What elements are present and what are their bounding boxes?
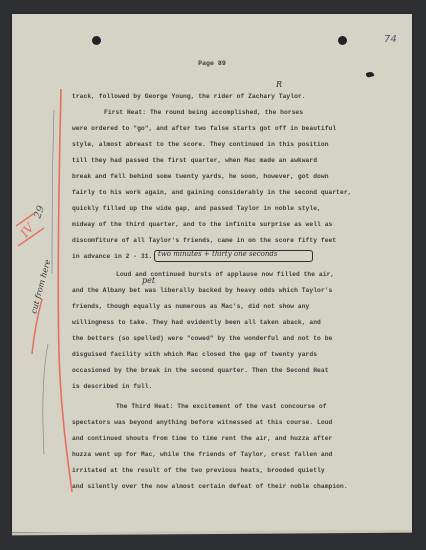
manuscript-page: 74 Page 89 R track, followed by George Y… [12,14,412,532]
margin-markings: IV 29 cut from here [12,14,412,532]
svg-text:29: 29 [32,204,47,221]
